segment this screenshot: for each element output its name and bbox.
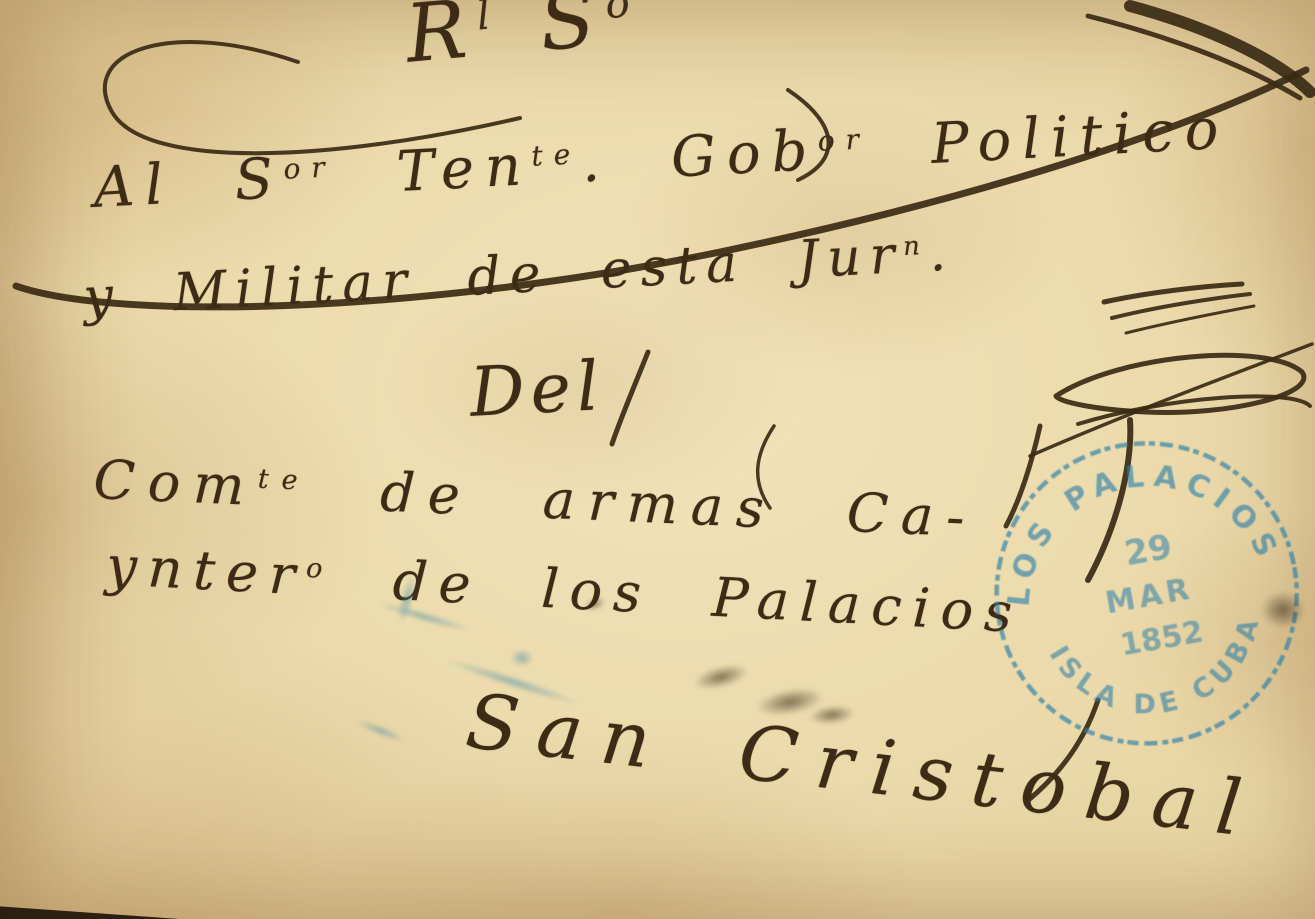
faint-stamp-remnant [346, 711, 416, 750]
flourish-rubric-loop-1 [1056, 355, 1304, 412]
flourish-hatch-1 [1104, 284, 1242, 302]
sender-line-1: Comte de armas Ca- [92, 448, 979, 550]
scan-edge-shadow [0, 901, 180, 919]
ink-smudge [1252, 584, 1314, 636]
sender-line-2: yntero de los Palacios [105, 534, 1025, 645]
postmark-date-year: 1852 [1118, 614, 1206, 663]
flourish-hatch-2 [1112, 294, 1250, 318]
sender-intro-line: Del [468, 347, 606, 433]
postmark-date-day: 29 [1121, 527, 1175, 575]
postmark-date-month: MAR [1103, 572, 1196, 622]
flourish-corner-stroke-1 [1130, 6, 1310, 92]
flourish-corner-stroke-2 [1088, 16, 1300, 98]
address-line-1: Al Sor Tente. Gobor Politico [92, 96, 1231, 220]
docket-line: Rl So [402, 0, 647, 81]
flourish-ascender [612, 352, 648, 444]
flourish-hatch-3 [1126, 306, 1254, 333]
ink-smudge [680, 653, 763, 701]
address-line-2: y Militar de esta Jurn. [82, 222, 956, 328]
document-page: Rl So Al Sor Tente. Gobor Politico y Mil… [0, 0, 1315, 919]
faint-stamp-remnant [506, 646, 538, 670]
